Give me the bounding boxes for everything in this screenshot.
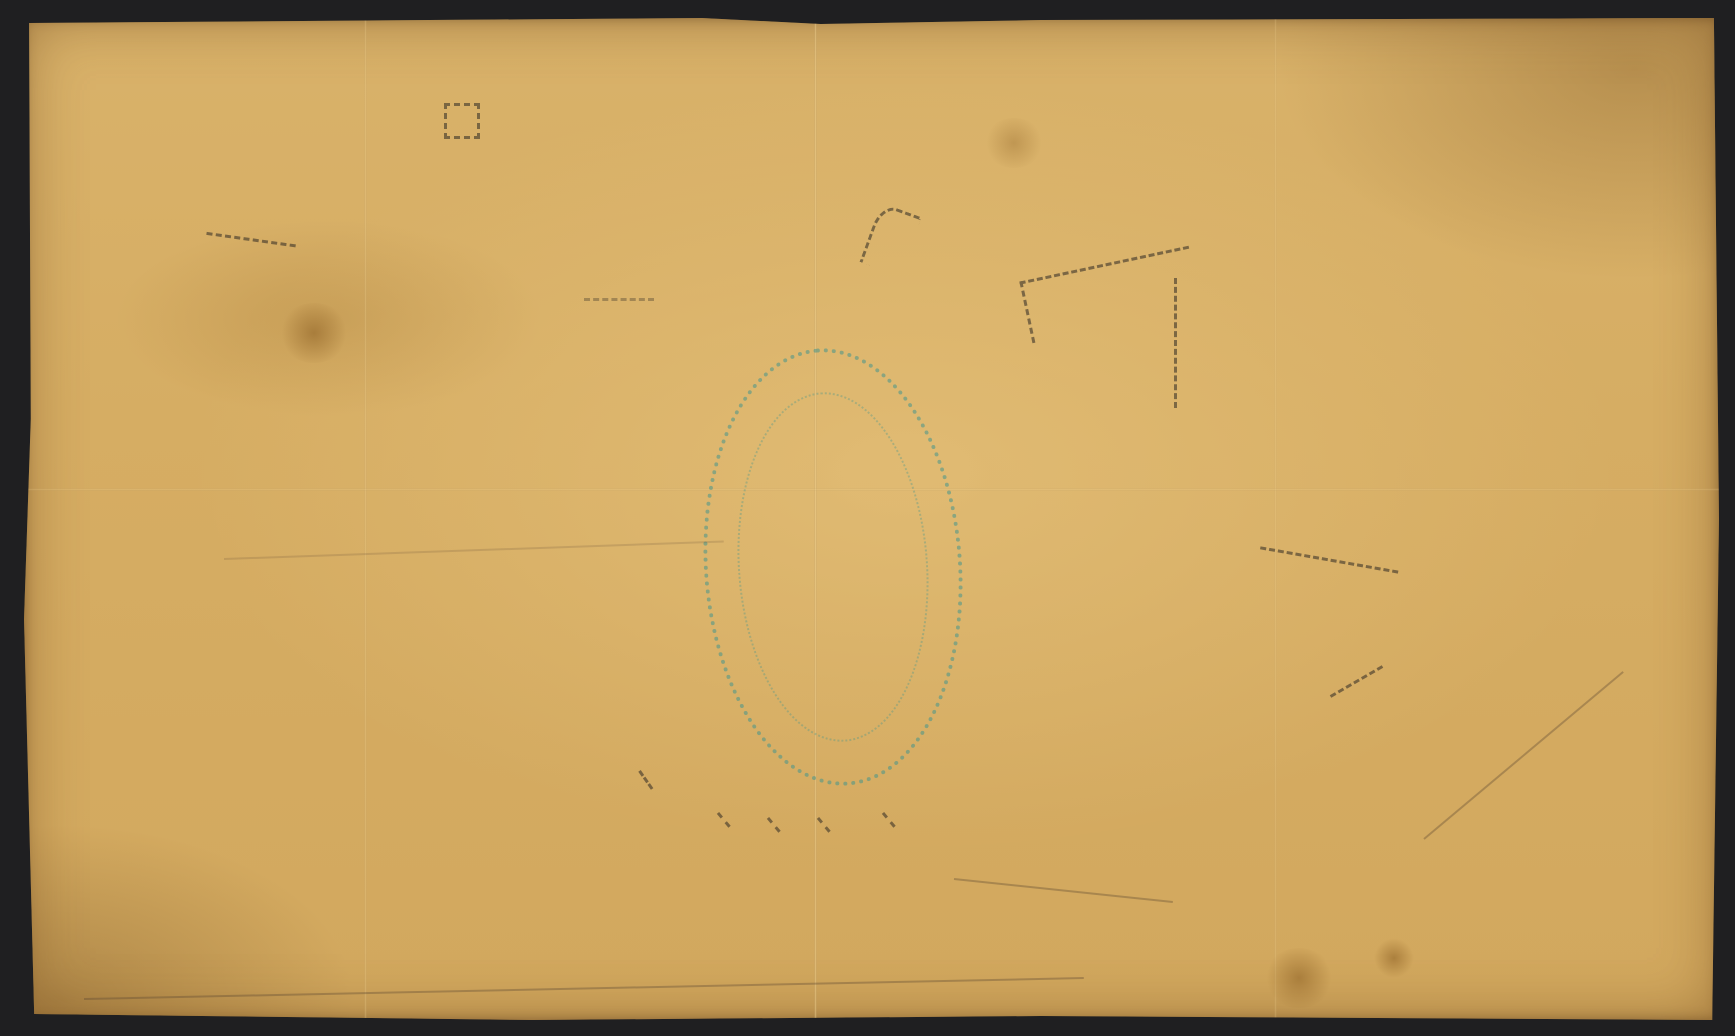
ink-mark bbox=[202, 232, 296, 277]
ink-mark bbox=[860, 203, 922, 277]
stain bbox=[279, 303, 349, 363]
ink-dash bbox=[637, 770, 654, 791]
banknote-paper bbox=[24, 18, 1719, 1020]
oval-stamp-inner-ring bbox=[726, 386, 940, 748]
ink-dash bbox=[715, 812, 730, 829]
crease-line bbox=[224, 541, 724, 560]
vertical-fold-line-right bbox=[1274, 18, 1277, 1020]
crease-line bbox=[954, 878, 1173, 903]
ink-dash bbox=[765, 817, 780, 834]
ink-mark bbox=[1174, 278, 1179, 408]
ink-dash bbox=[880, 812, 895, 829]
vertical-fold-line-left bbox=[364, 18, 367, 1020]
crease-line bbox=[1423, 671, 1623, 840]
ink-mark bbox=[584, 298, 654, 311]
ink-dash bbox=[815, 817, 830, 834]
stain bbox=[1374, 938, 1414, 978]
crease-line bbox=[84, 977, 1084, 1000]
stain bbox=[1264, 948, 1334, 1008]
ink-mark bbox=[444, 103, 480, 139]
ink-mark bbox=[1250, 546, 1399, 632]
oval-stamp bbox=[689, 340, 977, 795]
stain bbox=[984, 118, 1044, 168]
ink-mark bbox=[1330, 665, 1398, 724]
